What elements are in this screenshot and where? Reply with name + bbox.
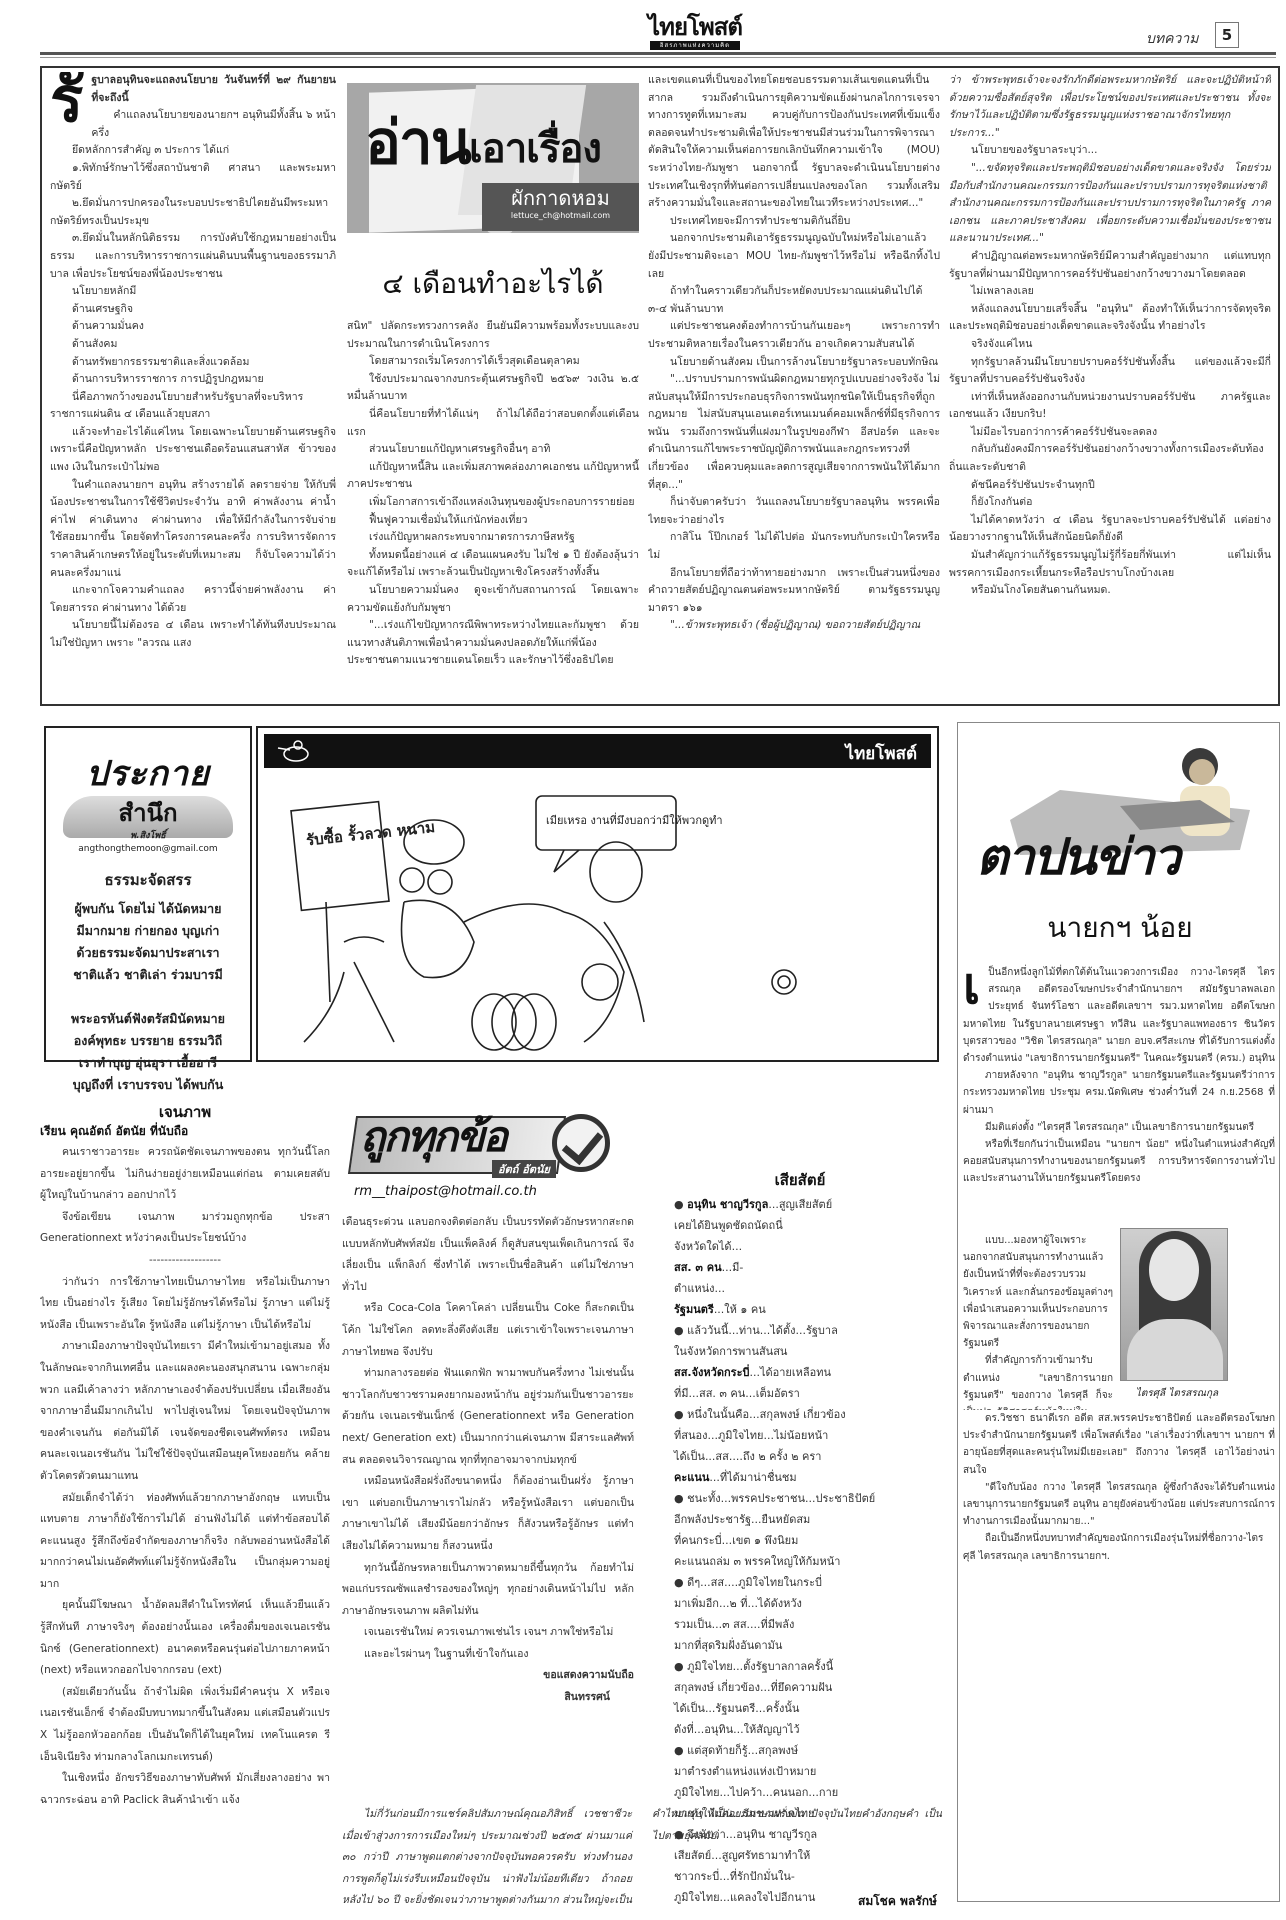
poem-line: คะแนนถล่ม ๓ พรรคใหญ่ให้ก้มหน้า [674, 1551, 914, 1572]
editorial-paragraph: "...เร่งแก้ไขปัญหากรณีพิพาทระหว่างไทยและ… [347, 617, 639, 670]
poem-line: พระอรหันต์ฟังตรัสมินัดหมาย [46, 1008, 250, 1030]
editorial-paragraph: สนิท" ปลัดกระทรวงการคลัง ยืนยันมีความพร้… [347, 318, 639, 353]
editorial-paragraph: ด้านเศรษฐกิจ [50, 301, 336, 319]
masthead-rule-thin [40, 57, 1276, 58]
editorial-paragraph: ๓.ยึดมั่นในหลักนิติธรรม การบังคับใช้กฎหม… [50, 230, 336, 283]
editorial-paragraph: หรือมันโกงโดยสันดานกันหมด. [949, 582, 1271, 600]
letter-signoff: ขอแสดงความนับถือ [342, 1665, 634, 1687]
editorial-paragraph: นโยบายของรัฐบาลระบุว่า... [949, 142, 1271, 160]
column-title: อ่าน [365, 113, 470, 173]
poem-column-title: ประกาย [46, 746, 250, 800]
letter-column-2: เตือนธุระด่วน แลบอกจงติดต่อกลับ เป็นบรรท… [342, 1212, 634, 1772]
poem-line: ภูมิใจไทย...ไปคว้า...คนนอก...กาย [674, 1782, 914, 1803]
poem-signature: สมโชค พลรักษ์ [858, 1892, 937, 1911]
poem-line: ตำแหน่ง... [674, 1278, 914, 1299]
poem-line: รัฐมนตรี...ให้ ๑ คน [674, 1299, 914, 1320]
profile-photo [1120, 1228, 1228, 1381]
editorial-paragraph: ยึดหลักการสำคัญ ๓ ประการ ได้แก่ [50, 142, 336, 160]
editorial-paragraph: กาสิโน โป๊กเกอร์ ไม่ได้ไปต่อ มันกระทบกับ… [648, 529, 940, 564]
editorial-paragraph: คำปฏิญาณต่อพระมหากษัตริย์มีความสำคัญอย่า… [949, 248, 1271, 283]
logo-name: ไทยโพสต์ [640, 14, 750, 40]
poem-line: คะแนน...ที่ได้มาน่าชื่นชม [674, 1467, 914, 1488]
letter-paragraph: เหมือนหนังสือฝรั่งถึงขนาดหนึ่ง ก็ต้องอ่า… [342, 1471, 634, 1557]
editorial-paragraph: ฟื้นฟูความเชื่อมั่นให้แก่นักท่องเที่ยว [347, 512, 639, 530]
editorial-paragraph: ด้านความมั่นคง [50, 318, 336, 336]
poem-line: ● หนึ่งในนั้นคือ...สกุลพงษ์ เกี่ยวข้อง [674, 1404, 914, 1425]
editorial-paragraph: ถ้าทำในคราวเดียวกันก็ประหยัดงบประมาณแผ่น… [648, 283, 940, 318]
poem-line: ● แต่สุดท้ายก็รู้...สกุลพงษ์ [674, 1740, 914, 1761]
editorial-paragraph: นี่คือนโยบายที่ทำได้แน่ๆ ถ้าไม่ได้ถือว่า… [347, 406, 639, 441]
editorial-paragraph: เร่งแก้ปัญหาผลกระทบจากมาตรการภาษีสหรัฐ [347, 529, 639, 547]
editorial-paragraph: ๒.ยึดมั่นการปกครองในระบอบประชาธิปไตยอันม… [50, 195, 336, 230]
editorial-headline: ๔ เดือนทำอะไรได้ [347, 262, 639, 306]
newspaper-logo: ไทยโพสต์ อิสรภาพแห่งความคิด [640, 14, 750, 54]
letter-paragraph: ท่ามกลางรอยต่อ ฟันแดกฟัก พามาพบกันครึ่งท… [342, 1363, 634, 1471]
letter-column-1: คนเราชาวอารยะ ควรถนัดชัดเจนภาพของตน ทุกว… [40, 1142, 330, 1920]
poem-line: ได้เป็น...สส....ถึง ๒ ครั้ง ๒ ครา [674, 1446, 914, 1467]
poem-line: มาตำรงตำแหน่งแห่งเป้าหมาย [674, 1761, 914, 1782]
poem-line: ที่คนกระบี่...เขต ๑ พึงนิยม [674, 1530, 914, 1551]
editorial-paragraph: แล้วจะทำอะไรได้แค่ไหน โดยเฉพาะนโยบายด้าน… [50, 424, 336, 477]
author-email: lettuce_ch@hotmail.com [482, 210, 639, 222]
editorial-paragraph: ประเทศไทยจะมีการทำประชามติกันถี่ยิบ [648, 213, 940, 231]
poem-line: ● อนุทิน ชาญวีรกูล...สูญเสียสัตย์ [674, 1194, 914, 1215]
sign-text: รับซื้อ รั้วลวด หนาม [305, 815, 436, 849]
scroll-banner: สำนึก พ.สิงโพธิ์ [63, 796, 233, 838]
editorial-paragraph: ว่า ข้าพระพุทธเจ้าจะจงรักภักดีต่อพระมหาก… [949, 72, 1271, 142]
poem-line: ดังที่...อนุทิน...ให้สัญญาไว้ [674, 1719, 914, 1740]
editorial-paragraph: ๑.พิทักษ์รักษาไว้ซึ่งสถาบันชาติ ศาสนา แล… [50, 160, 336, 195]
mascot-icon [276, 738, 316, 764]
editorial-paragraph: ฐบาลอนุทินจะแถลงนโยบาย วันจันทร์ที่ ๒๙ ก… [50, 72, 336, 107]
poem-title: ธรรมะจัดสรร [46, 868, 250, 892]
profile-text-top: เ ป็นอีกหนึ่งลูกไม้ที่ตกใต้ต้นในแวดวงการ… [963, 964, 1275, 1230]
editorial-paragraph: "...ขจัดทุจริตและประพฤติมิชอบอย่างเด็ดขา… [949, 160, 1271, 248]
editorial-paragraph: นโยบายหลักมี [50, 283, 336, 301]
column-banner: อ่าน เอาเรื่อง ผักกาดหอม lettuce_ch@hotm… [347, 83, 639, 233]
profile-paragraph: "ดีใจกับน้อง กวาง ไตรศุลี ไตรสรณกุล ผู้ซ… [963, 1479, 1275, 1531]
cartoon-illustration: รับซื้อ รั้วลวด หนาม เมียเหรอ งานที่มึงบ… [264, 772, 931, 1056]
dropcap: เ [963, 964, 980, 1008]
letter-paragraph: จึงข้อเขียน เจนภาพ มาร่วมถูกทุกข้อ ประสา… [40, 1207, 330, 1250]
editorial-paragraph: ในคำแถลงนายกฯ อนุทิน สร้างรายได้ ลดรายจ่… [50, 477, 336, 583]
editorial-paragraph: กลับกันยังคงมีการคอร์รัปชันอย่างกว้างขวา… [949, 441, 1271, 476]
profile-text-bottom: ดร.วิชชา ธนาดีเรก อดีต สส.พรรคประชาธิปัต… [963, 1410, 1275, 1898]
poem-line: องค์พุทธะ บรรยาย ธรรมวิถี [46, 1030, 250, 1052]
editorial-column-1: รั ฐบาลอนุทินจะแถลงนโยบาย วันจันทร์ที่ ๒… [50, 72, 336, 698]
siasat-poem: ● อนุทิน ชาญวีรกูล...สูญเสียสัตย์เคยได้ย… [674, 1194, 914, 1908]
poem-line: ● ภูมิใจไทย...ตั้งรัฐบาลกาลครั้งนี้ [674, 1656, 914, 1677]
qa-column-email: rm__thaipost@hotmail.co.th [354, 1184, 537, 1199]
profile-paragraph: ป็นอีกหนึ่งลูกไม้ที่ตกใต้ต้นในแวดวงการเม… [963, 964, 1275, 1067]
letter-paragraph: เตือนธุระด่วน แลบอกจงติดต่อกลับ เป็นบรรท… [342, 1212, 634, 1298]
poem-line: ● ดีๆ...สส....ภูมิใจไทยในกระบี่ [674, 1572, 914, 1593]
qa-column-title: ถูกทุกข้อ [360, 1112, 506, 1162]
letter-paragraph: ว่ากันว่า การใช้ภาษาไทยเป็นภาษาไทย หรือไ… [40, 1272, 330, 1337]
checkmark-icon [552, 1114, 610, 1172]
poem-line: สกุลพงษ์ เกี่ยวข้อง...ที่ยึดความฝัน [674, 1677, 914, 1698]
editorial-paragraph: มันสำคัญกว่าแก้รัฐธรรมนูญไม่รู้กี่ร้อยกี… [949, 547, 1271, 582]
editorial-paragraph: ไม่มีอะไรบอกว่าการค้าคอร์รัปชันจะลดลง [949, 424, 1271, 442]
section-label: บทความ [1146, 28, 1198, 50]
profile-paragraph: มีมติแต่งตั้ง "ไตรศุลี ไตรสรณกุล" เป็นเล… [963, 1119, 1275, 1136]
poem-line: อีกพลังประชารัฐ...ยืนหยัดสม [674, 1509, 914, 1530]
editorial-column-4: ว่า ข้าพระพุทธเจ้าจะจงรักภักดีต่อพระมหาก… [949, 72, 1271, 698]
letter-paragraph: สมัยเด็กจำได้ว่า ท่องศัพท์แล้วยากภาษาอัง… [40, 1488, 330, 1596]
poem-box: ประกาย สำนึก พ.สิงโพธิ์ angthongthemoon@… [44, 726, 252, 1062]
profile-text-beside-photo: แบบ...มองหาผู้ใจเพราะนอกจากสนับสนุนการทำ… [963, 1232, 1113, 1410]
letter-paragraph: (สมัยเดียวกันนั้น ถ้าจำไม่ผิด เพิ่งเริ่ม… [40, 1682, 330, 1768]
editorial-paragraph: จริงจังแค่ไหน [949, 336, 1271, 354]
editorial-paragraph: ด้านการบริหารราชการ การปฏิรูปกฎหมาย [50, 371, 336, 389]
letter-paragraph: คนเราชาวอารยะ ควรถนัดชัดเจนภาพของตน ทุกว… [40, 1142, 330, 1207]
poem-line: ผู้พบกัน โดยไม่ ได้นัดหมาย [46, 898, 250, 920]
author-bar: ผักกาดหอม lettuce_ch@hotmail.com [482, 183, 639, 231]
editorial-paragraph: ส่วนนโยบายแก้ปัญหาเศรษฐกิจอื่นๆ อาทิ [347, 441, 639, 459]
editorial-paragraph: นี่คือภาพกว้างของนโยบายสำหรับรัฐบาลที่จะ… [50, 389, 336, 424]
letter-paragraph: ทุกวันนี้อักษรหลายเป็นภาพวาดหมายถี่ขึ้นท… [342, 1558, 634, 1623]
logo-tagline: อิสรภาพแห่งความคิด [650, 41, 740, 50]
editorial-paragraph: ทั้งหมดนี้อย่างแค่ ๔ เดือนแผนคงรับ ไม่ใช… [347, 547, 639, 582]
editorial-paragraph: ใช้งบประมาณจากงบกระตุ้นเศรษฐกิจปี ๒๕๖๙ ว… [347, 371, 639, 406]
page-number: 5 [1215, 22, 1239, 48]
poem-line: ที่สนอง...ภูมิใจไทย...ไม่น้อยหน้า [674, 1425, 914, 1446]
editorial-paragraph: ก็น่าจับตาครับว่า วันแถลงนโยบายรัฐบาลอนุ… [648, 494, 940, 529]
poem-line: มาชุบให้เป็น...รมช.มหาดไทย [674, 1803, 914, 1824]
editorial-paragraph: นโยบายนี้ไม่ต้องรอ ๔ เดือน เพราะทำได้ทัน… [50, 617, 336, 652]
poem-line: จังหวัดใดได้... [674, 1236, 914, 1257]
poem-line: เสียสัตย์...สูญศรัทธามาทำให้ [674, 1845, 914, 1866]
dropcap: รั [50, 72, 83, 128]
editorial-paragraph: นโยบายความมั่นคง ดูจะเข้ากับสถานการณ์ โด… [347, 582, 639, 617]
poem-line: เคยได้ยินพูดชัดถนัดถนี่ [674, 1215, 914, 1236]
photo-caption: ไตรศุลี ไตรสรณกุล [1122, 1386, 1232, 1401]
letter-paragraph: ยุคนั้นมีโฆษณา น้ำอัดลมสีดำในโทรทัศน์ เห… [40, 1595, 330, 1681]
divider-line: ------------------- [40, 1250, 330, 1272]
poem-line: รวมเป็น...๓ สส....ที่มีพลัง [674, 1614, 914, 1635]
poem-title-siasat: เสียสัตย์ [700, 1168, 900, 1192]
poem-line: ด้วยธรรมะจัดมาประสาเรา [46, 942, 250, 964]
cartoon-header-bar: ไทยโพสต์ [264, 734, 931, 768]
poem-line: ในจังหวัดการพานสันสน [674, 1341, 914, 1362]
profile-column-title: ตาปนข่าว [976, 818, 1179, 897]
poem-line: สส.จังหวัดกระบี่...ได้อายเหลือทน [674, 1362, 914, 1383]
letter-paragraph: และอะไรผ่านๆ ในฐานที่เข้าใจกันเอง [342, 1644, 634, 1666]
editorial-paragraph: ไม่ได้คาดหวังว่า ๔ เดือน รัฐบาลจะปราบคอร… [949, 512, 1271, 547]
letter-title: เจนภาพ [40, 1100, 330, 1124]
editorial-paragraph: "...ปราบปรามการพนันผิดกฎหมายทุกรูปแบบอย่… [648, 371, 940, 494]
editorial-paragraph: "...ข้าพระพุทธเจ้า (ชื่อผู้ปฏิญาณ) ขอถวา… [648, 617, 940, 635]
profile-paragraph: หรือที่เรียกกันว่าเป็นเหมือน "นายกฯ น้อย… [963, 1136, 1275, 1188]
editorial-paragraph: หลังแถลงนโยบายเสร็จสิ้น "อนุทิน" ต้องทำใ… [949, 301, 1271, 336]
letter-paragraph: เจเนอเรชันใหม่ ควรเจนภาพเช่นไร เจนฯ ภาพใ… [342, 1622, 634, 1644]
editorial-paragraph: แกะจากโจความคำแถลง คราวนี้จ่ายค่าพลังงาน… [50, 582, 336, 617]
editorial-paragraph: แต่ประชาชนคงต้องทำการบ้านกันเยอะๆ เพราะก… [648, 318, 940, 353]
editorial-paragraph: นอกจากประชามติเอารัฐธรรมนูญฉบับใหม่หรือไ… [648, 230, 940, 283]
letter-paragraph: หรือ Coca-Cola โคคาโคล่า เปลี่ยนเป็น Cok… [342, 1298, 634, 1363]
editorial-paragraph: อีกนโยบายที่ถือว่าท้าทายอย่างมาก เพราะเป… [648, 565, 940, 618]
editorial-paragraph: ทุกรัฐบาลล้วนมีนโยบายปราบคอร์รัปชันทั้งส… [949, 354, 1271, 389]
poem-line: มีมากมาย ก่ายกอง บุญเก่า [46, 920, 250, 942]
poem-byline: พ.สิงโพธิ์ [63, 828, 233, 842]
poem-line: ชาวกระบี่...ที่รักปักมั่นใน- [674, 1866, 914, 1887]
editorial-paragraph: เพิ่มโอกาสการเข้าถึงแหล่งเงินทุนของผู้ปร… [347, 494, 639, 512]
editorial-paragraph: เท่าที่เห็นหลังออกงานกับหน่วยงานปราบคอร์… [949, 389, 1271, 424]
profile-paragraph: แบบ...มองหาผู้ใจเพราะนอกจากสนับสนุนการทำ… [963, 1232, 1113, 1352]
poem-line: เราทำบุญ อุ่นอุรา เอื้ออารี [46, 1052, 250, 1074]
editorial-paragraph: นโยบายด้านสังคม เป็นการล้างนโยบายรัฐบาลร… [648, 354, 940, 372]
editorial-paragraph: และเขตแดนที่เป็นของไทยโดยชอบธรรมตามเส้นเ… [648, 72, 940, 213]
letter-paragraph: ในเชิงหนึ่ง อักขรวิธีของภาษาทับศัพท์ มัก… [40, 1768, 330, 1811]
column-title-suffix: เอาเรื่อง [469, 129, 601, 169]
profile-paragraph: ถือเป็นอีกหนึ่งบทบาทสำคัญของนักการเมืองร… [963, 1530, 1275, 1564]
letter-greeting: เรียน คุณอัตถ์ อัตนัย ที่นับถือ [40, 1122, 188, 1141]
poem-line: สส. ๓ คน...มี- [674, 1257, 914, 1278]
editorial-paragraph: แก้ปัญหาหนี้สิน และเพิ่มสภาพคล่องภาคเอกช… [347, 459, 639, 494]
editorial-column-2: สนิท" ปลัดกระทรวงการคลัง ยืนยันมีความพร้… [347, 318, 639, 698]
poem-line: มากที่สุดริมฝั่งอันดามัน [674, 1635, 914, 1656]
editorial-column-3: และเขตแดนที่เป็นของไทยโดยชอบธรรมตามเส้นเ… [648, 72, 940, 698]
poem-line: ● แล้ววันนี้...ท่าน...ได้ตั้ง...รัฐบาล [674, 1320, 914, 1341]
poem-line: บุญถึงที่ เราบรรจบ ได้พบกัน [46, 1074, 250, 1096]
profile-paragraph: ภายหลังจาก "อนุทิน ชาญวีรกูล" นายกรัฐมนต… [963, 1067, 1275, 1119]
editorial-cartoon: ไทยโพสต์ [256, 726, 939, 1062]
profile-paragraph: ที่สำคัญการก้าวเข้ามารับตำแหน่ง "เลขาธิก… [963, 1352, 1113, 1410]
editorial-paragraph: คำแถลงนโยบายของนายกฯ อนุทินมีทั้งสิ้น ๖ … [50, 107, 336, 142]
letter-signoff-name: สินทรรศน์ [342, 1687, 634, 1709]
poem-column-subtitle: สำนึก [63, 796, 233, 830]
poem-email: angthongthemoon@gmail.com [46, 844, 250, 854]
poem-line: ● ชนะทั้ง...พรรคประชาชน...ประชาธิปัตย์ [674, 1488, 914, 1509]
cartoon-brand: ไทยโพสต์ [846, 740, 917, 767]
poem-line: ที่มี...สส. ๓ คน...เต็มอัตรา [674, 1383, 914, 1404]
editorial-paragraph: ด้านสังคม [50, 336, 336, 354]
letter-paragraph: ภาษาเมืองภาษาปัจจุบันไทยเรา มีคำใหม่เข้า… [40, 1336, 330, 1487]
masthead-rule [40, 52, 1276, 55]
poem-line: ได้เป็น...รัฐมนตรี...ครั้งนั้น [674, 1698, 914, 1719]
profile-headline: นายกฯ น้อย [960, 906, 1280, 950]
poem-line: มาเพิ่มอีก...๒ ที่...ได้ดังหวัง [674, 1593, 914, 1614]
author-name: ผักกาดหอม [482, 186, 639, 210]
speech-bubble-text: เมียเหรอ งานที่มึงบอกว่ามีให้พวกดูทำ [546, 812, 723, 827]
editorial-paragraph: ก็ยังโกงกันต่อ [949, 494, 1271, 512]
qa-column-logo: ถูกทุกข้อ อัตถ์ อัตนัย [352, 1100, 632, 1190]
editorial-paragraph: ด้านทรัพยากรธรรมชาติและสิ่งแวดล้อม [50, 354, 336, 372]
qa-column-author: อัตถ์ อัตนัย [492, 1160, 556, 1178]
profile-paragraph: ดร.วิชชา ธนาดีเรก อดีต สส.พรรคประชาธิปัต… [963, 1410, 1275, 1479]
editorial-paragraph: โดยสามารถเริ่มโครงการได้เร็วสุดเดือนตุลา… [347, 353, 639, 371]
editorial-paragraph: ดัชนีคอร์รัปชันประจำนทุกปี [949, 477, 1271, 495]
editorial-paragraph: ไม่เพลาลงเลย [949, 283, 1271, 301]
poem-line: ชาติแล้ว ชาติเล่า ร่วมบารมี [46, 964, 250, 986]
poem-line: ● จึงนับว่า...อนุทิน ชาญวีรกูล [674, 1824, 914, 1845]
